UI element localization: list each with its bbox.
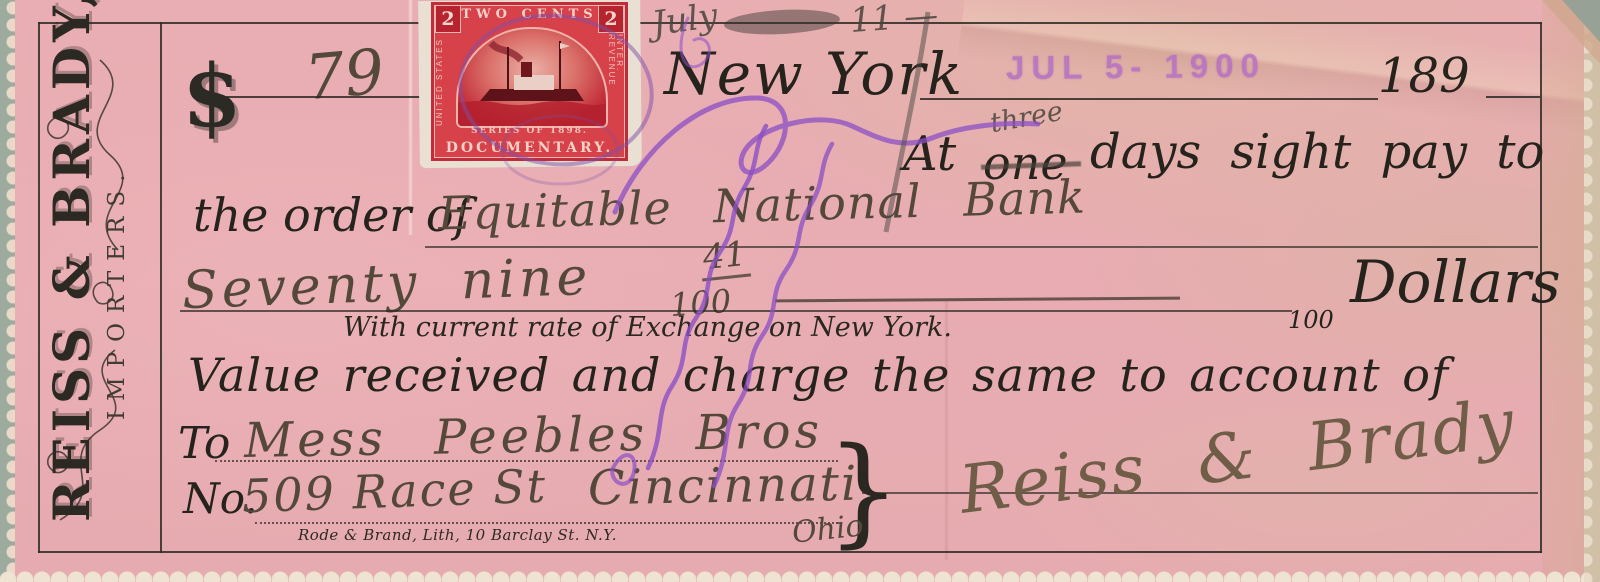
year-printed: 189 xyxy=(1378,48,1470,104)
deckled-edge-left xyxy=(0,0,15,582)
printer-credit: Rode & Brand, Lith, 10 Barclay St. N.Y. xyxy=(298,526,617,544)
value-clause: Value received and charge the same to ac… xyxy=(188,348,1449,402)
sight-clause-suffix: days sight pay to xyxy=(1090,124,1544,180)
stamp-right-arc-label: INTER. REVENUE xyxy=(610,34,623,126)
stamp-denomination-left: 2 xyxy=(435,5,461,33)
banner-subtitle: IMPORTERS. xyxy=(106,140,129,420)
deckled-edge-bottom xyxy=(0,567,1600,582)
border-left xyxy=(38,22,40,553)
date-rule-line xyxy=(920,98,1378,100)
amount-fraction-numerator: 41 xyxy=(698,234,751,282)
state-written: Ohio xyxy=(790,508,865,550)
pencil-date-number: 11 — xyxy=(849,0,940,41)
stamp-denomination-right: 2 xyxy=(598,5,624,33)
pencil-date-month: July xyxy=(650,0,721,44)
banner-divider xyxy=(160,22,162,553)
handwritten-dash xyxy=(775,297,1180,303)
printed-fraction-denominator: 100 xyxy=(1288,306,1334,334)
amount-numeric: 79 xyxy=(302,35,387,115)
signature: Reiss & Brady xyxy=(955,384,1519,529)
dollars-label: Dollars xyxy=(1350,248,1561,316)
street-address: 509 Race St xyxy=(241,459,548,524)
stamp-bottom-label: DOCUMENTARY. xyxy=(431,140,628,156)
payee-name: Equitable National Bank xyxy=(437,170,1086,241)
inserted-word-pencil: three xyxy=(988,96,1065,139)
exchange-clause: With current rate of Exchange on New Yor… xyxy=(343,312,952,343)
order-clause: the order of xyxy=(193,188,471,242)
city-written: Cincinnati xyxy=(588,456,859,517)
date-rule-line-end xyxy=(1486,96,1540,98)
stamp-left-arc-label: UNITED STATES xyxy=(436,34,449,126)
bank-draft-document: REISS & BRADY, IMPORTERS. $ 79 41 TWO CE… xyxy=(0,0,1600,582)
number-rule-line xyxy=(255,522,838,524)
revenue-stamp: TWO CENTS 2 2 UNITED STATES INTER. REVEN… xyxy=(431,2,628,161)
clipped-corner xyxy=(1562,0,1600,42)
banner-company-name: REISS & BRADY, xyxy=(44,30,99,522)
border-bottom xyxy=(38,551,1542,553)
amount-rule-line xyxy=(226,96,432,98)
stamp-series-label: SERIES OF 1898. xyxy=(431,126,628,136)
torn-edge-right xyxy=(1584,0,1600,582)
date-received-stamp: JUL 5- 1900 xyxy=(1006,47,1266,87)
border-top xyxy=(38,22,1542,24)
